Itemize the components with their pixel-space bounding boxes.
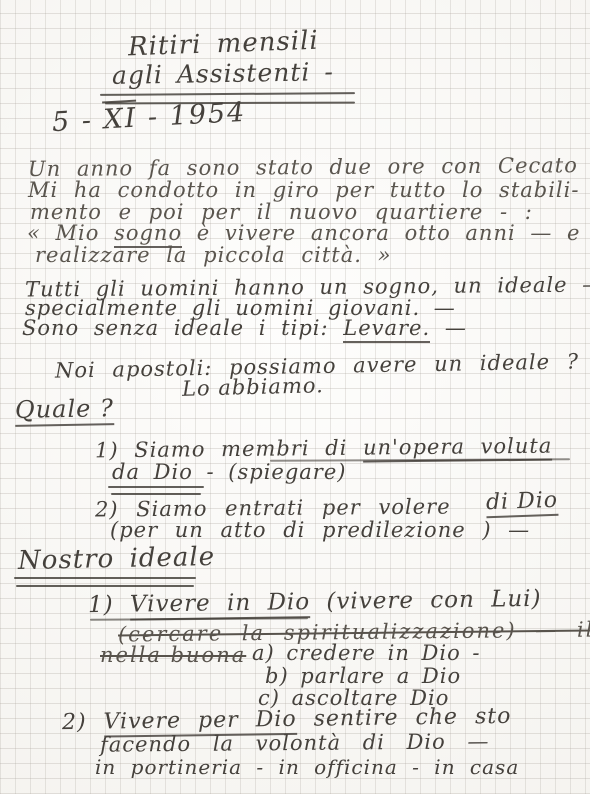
ideal-2-rest: sentire che sto: [296, 704, 511, 732]
ideal-2-line-2: facendo la volontà di Dio —: [100, 730, 490, 756]
manuscript-page: Ritiri mensili agli Assistenti - 5 - XI …: [0, 0, 590, 794]
title-line-2: agli Assistenti -: [112, 58, 334, 89]
quote-open: « Mio: [27, 221, 114, 245]
da-dio-underline-stroke: [111, 493, 201, 495]
ideale-line-3-dash: —: [430, 316, 467, 340]
ideal-1-paren: (vivere con Lui): [310, 586, 542, 615]
ideal-1-underlined: Vivere in Dio: [130, 589, 311, 621]
answer-1b-text: - (spiegare): [193, 460, 347, 484]
ideal-1-number: 1): [88, 592, 130, 619]
date-month-roman: XI: [103, 100, 139, 136]
answer-1-text: 1) Siamo membri di: [95, 436, 363, 463]
quote-rest: è vivere ancora otto anni — e: [182, 221, 580, 245]
answer-1b-underlined: da Dio: [112, 460, 193, 484]
date-year: - 1954: [137, 97, 247, 134]
visit-line-2: Mi ha condotto in giro per tutto lo stab…: [28, 179, 579, 202]
answer-2-line-2: (per un atto di predilezione ) —: [110, 519, 530, 542]
heading-nostro-ideale: Nostro ideale: [18, 543, 216, 576]
da-dio-underline-stroke: [108, 486, 204, 488]
ideal-1-sub-b: b) parlare a Dio: [265, 665, 461, 688]
answer-2-di-dio: di Dio: [486, 489, 559, 516]
question-quale: Quale ?: [15, 395, 114, 423]
ideal-1-struck-fragment: nella buona: [100, 644, 246, 667]
question-line-2: Lo abbiamo.: [182, 374, 324, 401]
ideale-line-3-text: Sono senza ideale i tipi:: [22, 316, 343, 340]
ideal-1-line-1: 1) Vivere in Dio (vivere con Lui): [88, 587, 542, 619]
ideal-2-number: 2): [62, 710, 104, 736]
visit-line-5: realizzare la piccola città. »: [35, 244, 391, 267]
word-quale-underlined: Quale ?: [15, 394, 114, 427]
di-dio-underlined: di Dio: [486, 488, 559, 518]
date-day: 5 -: [51, 104, 104, 138]
word-levare-underlined: Levare.: [343, 316, 430, 343]
heading-underline-stroke: [14, 577, 196, 579]
title-underline-stroke: [100, 92, 355, 96]
ideal-1-sub-a: a) credere in Dio -: [252, 642, 481, 665]
date-line: 5 - XI - 1954: [51, 98, 247, 138]
answer-1-line-2: da Dio - (spiegare): [112, 461, 346, 484]
visit-line-4: « Mio sogno è vivere ancora otto anni — …: [27, 222, 580, 245]
ideale-line-3: Sono senza ideale i tipi: Levare. —: [22, 317, 467, 340]
heading-underline-stroke: [16, 585, 194, 587]
ideal-2-line-3: in portineria - in officina - in casa: [95, 756, 519, 778]
title-line-1: Ritiri mensili: [128, 27, 320, 62]
